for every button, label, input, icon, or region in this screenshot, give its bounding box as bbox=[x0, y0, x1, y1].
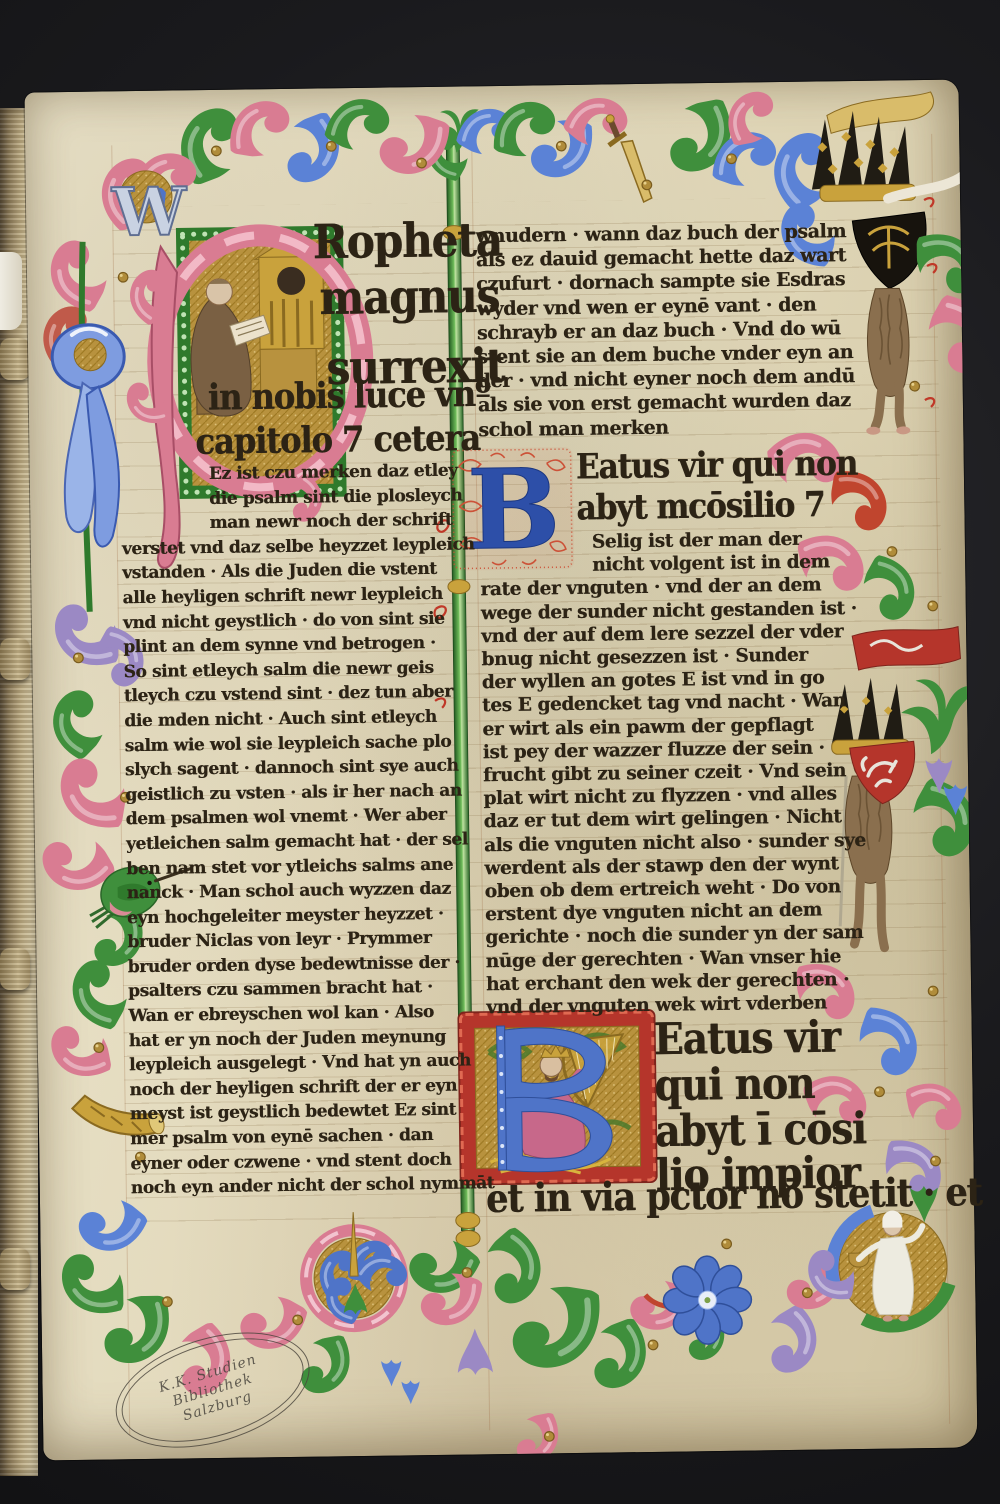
right-text-column-top: wnudern · wann daz buch der psalmals ez … bbox=[475, 218, 930, 442]
blue-rosette bbox=[645, 1256, 752, 1365]
right-text-column-beatus: Selig ist der man dernicht volgent ist i… bbox=[480, 526, 939, 1020]
white-dress bbox=[872, 1236, 914, 1315]
organ-case bbox=[259, 256, 324, 349]
feather-crest bbox=[811, 110, 910, 189]
spine-cord bbox=[0, 1248, 30, 1290]
climbing-figure bbox=[154, 188, 166, 209]
text-line: noch eyn ander nicht der schol nymmāt bbox=[131, 1172, 465, 1201]
david-robe bbox=[519, 1085, 586, 1160]
spine-cord bbox=[0, 948, 30, 990]
border-foliage-top bbox=[168, 81, 781, 204]
thistle-medallion bbox=[305, 1211, 413, 1327]
gold-harp bbox=[567, 1034, 624, 1107]
monogram-letter: W bbox=[111, 172, 188, 251]
photograph-of-manuscript: W bbox=[0, 0, 1000, 1504]
heading-subline: capitolo 7 cetera bbox=[195, 416, 480, 463]
parchment-scrap bbox=[0, 252, 22, 330]
border-stem bbox=[80, 242, 89, 612]
heading-line: Ropheta bbox=[312, 212, 502, 270]
heading-subline: in nobis luce vnº bbox=[207, 372, 490, 418]
basket bbox=[849, 1253, 869, 1267]
gold-spike bbox=[349, 1212, 358, 1276]
letter-b-bowl-bottom bbox=[506, 1096, 613, 1172]
golden-straw bbox=[490, 1149, 610, 1174]
manuscript-page: W bbox=[24, 80, 977, 1461]
gold-dagger bbox=[579, 113, 677, 204]
david-beard bbox=[544, 1073, 559, 1082]
beatus2-bottom-line: et in via pctor nō stetit · et bbox=[486, 1169, 982, 1222]
spine-cord bbox=[0, 638, 30, 680]
heading-line: magnus bbox=[319, 268, 499, 325]
letter-b-bowl-top bbox=[505, 1027, 606, 1100]
crown bbox=[541, 1045, 570, 1057]
open-book bbox=[230, 315, 270, 346]
left-text-column: Ez ist czu merken daz etleydie psalm sin… bbox=[121, 459, 465, 1201]
spine-cord bbox=[0, 338, 30, 380]
letter-b-stem bbox=[497, 1026, 507, 1170]
gold-banner bbox=[827, 92, 934, 133]
initial-b-king-david bbox=[458, 1010, 656, 1185]
monogram-w: W bbox=[87, 143, 202, 252]
library-stamp: K.K. Studien Bibliothek Salzburg bbox=[102, 1311, 324, 1468]
beatus-display-line: abyt mcōsilio 7 bbox=[576, 482, 825, 531]
